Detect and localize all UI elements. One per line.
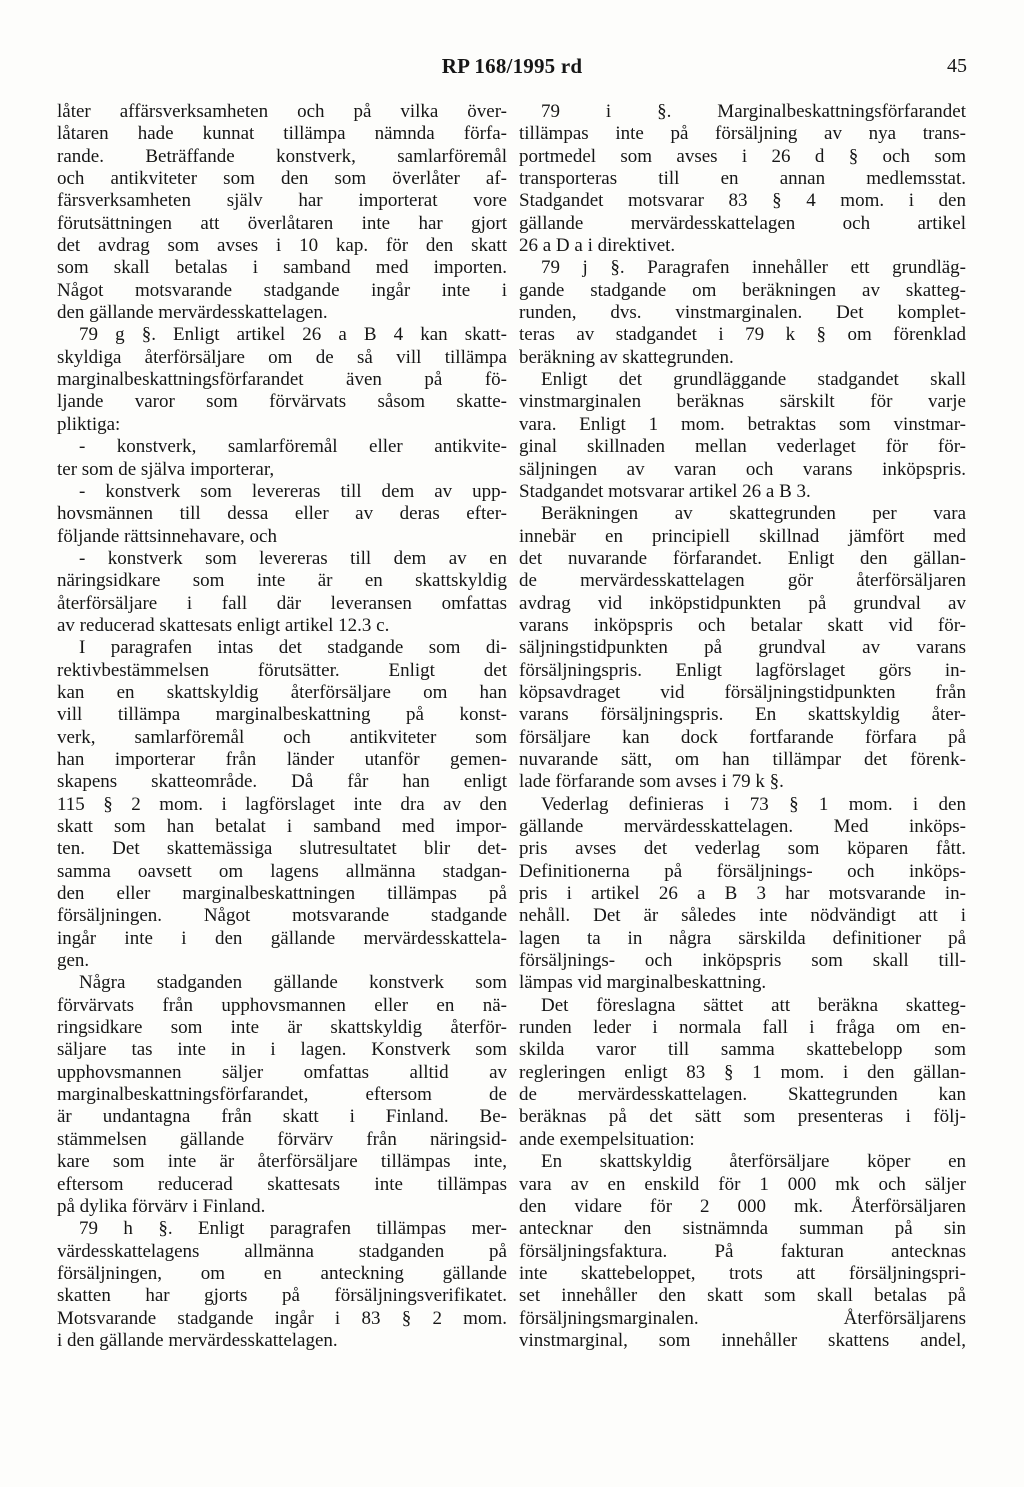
text-line: varans inköpspris och betalar skatt vid … <box>519 615 966 637</box>
text-line: Motsvarande stadgande ingår i 83 § 2 mom… <box>57 1308 507 1330</box>
text-line: färsverksamheten själv har importerat vo… <box>57 190 507 212</box>
text-line: låter affärsverksamheten och på vilka öv… <box>57 101 507 123</box>
text-line: regleringen enligt 83 § 1 mom. i den gäl… <box>519 1062 966 1084</box>
text-line: samma oavsett om lagens allmänna stadgan… <box>57 861 507 883</box>
text-line: 79 g §. Enligt artikel 26 a B 4 kan skat… <box>57 324 507 346</box>
header-title: RP 168/1995 rd <box>0 54 1024 79</box>
text-line: det avdrag som avses i 10 kap. för den s… <box>57 235 507 257</box>
text-line: han importerar från länder utanför gemen… <box>57 749 507 771</box>
text-line: följande rättsinnehavare, och <box>57 526 507 548</box>
text-line: marginalbeskattningsförfarandet, efterso… <box>57 1084 507 1106</box>
text-line: lade förfarande som avses i 79 k §. <box>519 771 966 793</box>
text-line: avdrag vid inköpstidpunkten på grundval … <box>519 593 966 615</box>
text-line: är undantagna från skatt i Finland. Be- <box>57 1106 507 1128</box>
text-line: 79 h §. Enligt paragrafen tillämpas mer- <box>57 1218 507 1240</box>
text-line: förutsättningen att överlåtaren inte har… <box>57 213 507 235</box>
text-line: vinstmarginalen beräknas särskilt för va… <box>519 391 966 413</box>
text-line: Något motsvarande stadgande ingår inte i <box>57 280 507 302</box>
text-line: runden leder i normala fall i fråga om e… <box>519 1017 966 1039</box>
text-line: skyldiga återförsäljare om de så vill ti… <box>57 347 507 369</box>
text-line: inte skattebeloppet, trots att försäljni… <box>519 1263 966 1285</box>
text-line: Det föreslagna sättet att beräkna skatte… <box>519 995 966 1017</box>
text-line: skapens skatteområde. Då får han enligt <box>57 771 507 793</box>
text-line: antecknar den sistnämnda summan på sin <box>519 1218 966 1240</box>
text-line: ter som de själva importerar, <box>57 459 507 481</box>
text-line: säljare tas inte in i lagen. Konstverk s… <box>57 1039 507 1061</box>
text-line: den vidare för 2 000 mk. Återförsäljaren <box>519 1196 966 1218</box>
text-line: kare som inte är återförsäljare tillämpa… <box>57 1151 507 1173</box>
text-line: Beräkningen av skattegrunden per vara <box>519 503 966 525</box>
text-line: nehåll. Det är således inte nödvändigt a… <box>519 905 966 927</box>
text-line: återförsäljare i fall där leveransen omf… <box>57 593 507 615</box>
text-line: ljande varor som förvärvats såsom skatte… <box>57 391 507 413</box>
text-line: Stadgandet motsvarar artikel 26 a B 3. <box>519 481 966 503</box>
text-line: 79 j §. Paragrafen innehåller ett grundl… <box>519 257 966 279</box>
text-line: ande exempelsituation: <box>519 1129 966 1151</box>
text-line: stämmelsen gällande förvärv från närings… <box>57 1129 507 1151</box>
text-line: de mervärdesskattelagen gör återförsälja… <box>519 570 966 592</box>
text-line: rande. Beträffande konstverk, samlarföre… <box>57 146 507 168</box>
text-line: teras av stadgandet i 79 k § om förenkla… <box>519 324 966 346</box>
text-line: pris avses det vederlag som köparen fått… <box>519 838 966 860</box>
text-line: skatt som han betalat i samband med impo… <box>57 816 507 838</box>
text-line: som skall betalas i samband med importen… <box>57 257 507 279</box>
text-column-left: låter affärsverksamheten och på vilka öv… <box>57 101 507 1352</box>
text-line: försäljningspris. Enligt lagförslaget gö… <box>519 660 966 682</box>
text-line: verk, samlarföremål och antikviteter som <box>57 727 507 749</box>
text-line: kan en skattskyldig återförsäljare om ha… <box>57 682 507 704</box>
text-line: lämpas vid marginalbeskattning. <box>519 972 966 994</box>
text-line: vinstmarginal, som innehåller skattens a… <box>519 1330 966 1352</box>
text-line: 26 a D a i direktivet. <box>519 235 966 257</box>
text-line: försäljningsmarginalen. Återförsäljarens <box>519 1308 966 1330</box>
text-line: set innehåller den skatt som skall betal… <box>519 1285 966 1307</box>
text-line: hovsmännen till dessa eller av deras eft… <box>57 503 507 525</box>
text-line: i den gällande mervärdesskattelagen. <box>57 1330 507 1352</box>
text-line: beräkning av skattegrunden. <box>519 347 966 369</box>
text-line: de mervärdesskattelagen. Skattegrunden k… <box>519 1084 966 1106</box>
text-line: tillämpas inte på försäljning av nya tra… <box>519 123 966 145</box>
text-line: säljningen av varan och varans inköpspri… <box>519 459 966 481</box>
text-line: ten. Det skattemässiga slutresultatet bl… <box>57 838 507 860</box>
text-line: Stadgandet motsvarar 83 § 4 mom. i den <box>519 190 966 212</box>
text-line: ingår inte i den gällande mervärdesskatt… <box>57 928 507 950</box>
text-line: försäljnings- och inköpspris som skall t… <box>519 950 966 972</box>
text-line: En skattskyldig återförsäljare köper en <box>519 1151 966 1173</box>
text-line: Definitionerna på försäljnings- och inkö… <box>519 861 966 883</box>
text-line: den eller marginalbeskattningen tillämpa… <box>57 883 507 905</box>
text-line: den gällande mervärdesskattelagen. <box>57 302 507 324</box>
text-line: försäljare kan dock fortfarande förfara … <box>519 727 966 749</box>
text-line: nuvarande sätt, om han tillämpar det för… <box>519 749 966 771</box>
text-line: innebär en principiell skillnad jämfört … <box>519 526 966 548</box>
text-line: ringsidkare som inte är skattskyldig åte… <box>57 1017 507 1039</box>
text-line: lagen ta in några särskilda definitioner… <box>519 928 966 950</box>
text-line: gen. <box>57 950 507 972</box>
text-line: skilda varor till samma skattebelopp som <box>519 1039 966 1061</box>
text-line: eftersom reducerad skattesats inte tillä… <box>57 1174 507 1196</box>
text-line: upphovsmannen säljer omfattas alltid av <box>57 1062 507 1084</box>
text-line: transporteras till en annan medlemsstat. <box>519 168 966 190</box>
text-line: vara. Enligt 1 mom. betraktas som vinstm… <box>519 414 966 436</box>
text-line: vill tillämpa marginalbeskattning på kon… <box>57 704 507 726</box>
text-line: pliktiga: <box>57 414 507 436</box>
text-line: försäljningen, om en anteckning gällande <box>57 1263 507 1285</box>
text-line: försäljningen. Något motsvarande stadgan… <box>57 905 507 927</box>
text-line: beräknas på det sätt som presenteras i f… <box>519 1106 966 1128</box>
text-line: ginal skillnaden mellan vederlaget för f… <box>519 436 966 458</box>
text-line: - konstverk som levereras till dem av up… <box>57 481 507 503</box>
text-line: - konstverk, samlarföremål eller antikvi… <box>57 436 507 458</box>
page-number: 45 <box>947 55 967 78</box>
text-line: I paragrafen intas det stadgande som di- <box>57 637 507 659</box>
text-line: 79 i §. Marginalbeskattningsförfarandet <box>519 101 966 123</box>
text-line: låtaren hade kunnat tillämpa nämnda förf… <box>57 123 507 145</box>
text-line: portmedel som avses i 26 d § och som <box>519 146 966 168</box>
text-line: förvärvats från upphovsmannen eller en n… <box>57 995 507 1017</box>
text-line: Enligt det grundläggande stadgandet skal… <box>519 369 966 391</box>
text-line: vara av en enskild för 1 000 mk och sälj… <box>519 1174 966 1196</box>
text-line: skatten har gjorts på försäljningsverifi… <box>57 1285 507 1307</box>
text-line: Några stadganden gällande konstverk som <box>57 972 507 994</box>
text-line: rektivbestämmelsen förutsätter. Enligt d… <box>57 660 507 682</box>
text-line: Vederlag definieras i 73 § 1 mom. i den <box>519 794 966 816</box>
text-column-right: 79 i §. Marginalbeskattningsförfarandett… <box>519 101 966 1352</box>
text-line: näringsidkare som inte är en skattskyldi… <box>57 570 507 592</box>
text-line: försäljningsfaktura. På fakturan anteckn… <box>519 1241 966 1263</box>
text-line: av reducerad skattesats enligt artikel 1… <box>57 615 507 637</box>
text-line: gande stadgande om beräkningen av skatte… <box>519 280 966 302</box>
text-line: runden, dvs. vinstmarginalen. Det komple… <box>519 302 966 324</box>
text-line: köpsavdraget vid försäljningstidpunkten … <box>519 682 966 704</box>
text-line: varans försäljningspris. En skattskyldig… <box>519 704 966 726</box>
text-line: och antikviteter som den som överlåter a… <box>57 168 507 190</box>
text-line: - konstverk som levereras till dem av en <box>57 548 507 570</box>
text-line: säljningstidpunkten på grundval av varan… <box>519 637 966 659</box>
text-line: marginalbeskattningsförfarandet även på … <box>57 369 507 391</box>
text-line: gällande mervärdesskattelagen. Med inköp… <box>519 816 966 838</box>
text-line: 115 § 2 mom. i lagförslaget inte dra av … <box>57 794 507 816</box>
page-header: RP 168/1995 rd 45 <box>0 54 1024 84</box>
text-line: gällande mervärdesskattelagen och artike… <box>519 213 966 235</box>
text-line: pris i artikel 26 a B 3 har motsvarande … <box>519 883 966 905</box>
text-line: det nuvarande förfarandet. Enligt den gä… <box>519 548 966 570</box>
document-page: RP 168/1995 rd 45 låter affärsverksamhet… <box>0 0 1024 1487</box>
text-line: värdesskattelagens allmänna stadganden p… <box>57 1241 507 1263</box>
text-line: på dylika förvärv i Finland. <box>57 1196 507 1218</box>
